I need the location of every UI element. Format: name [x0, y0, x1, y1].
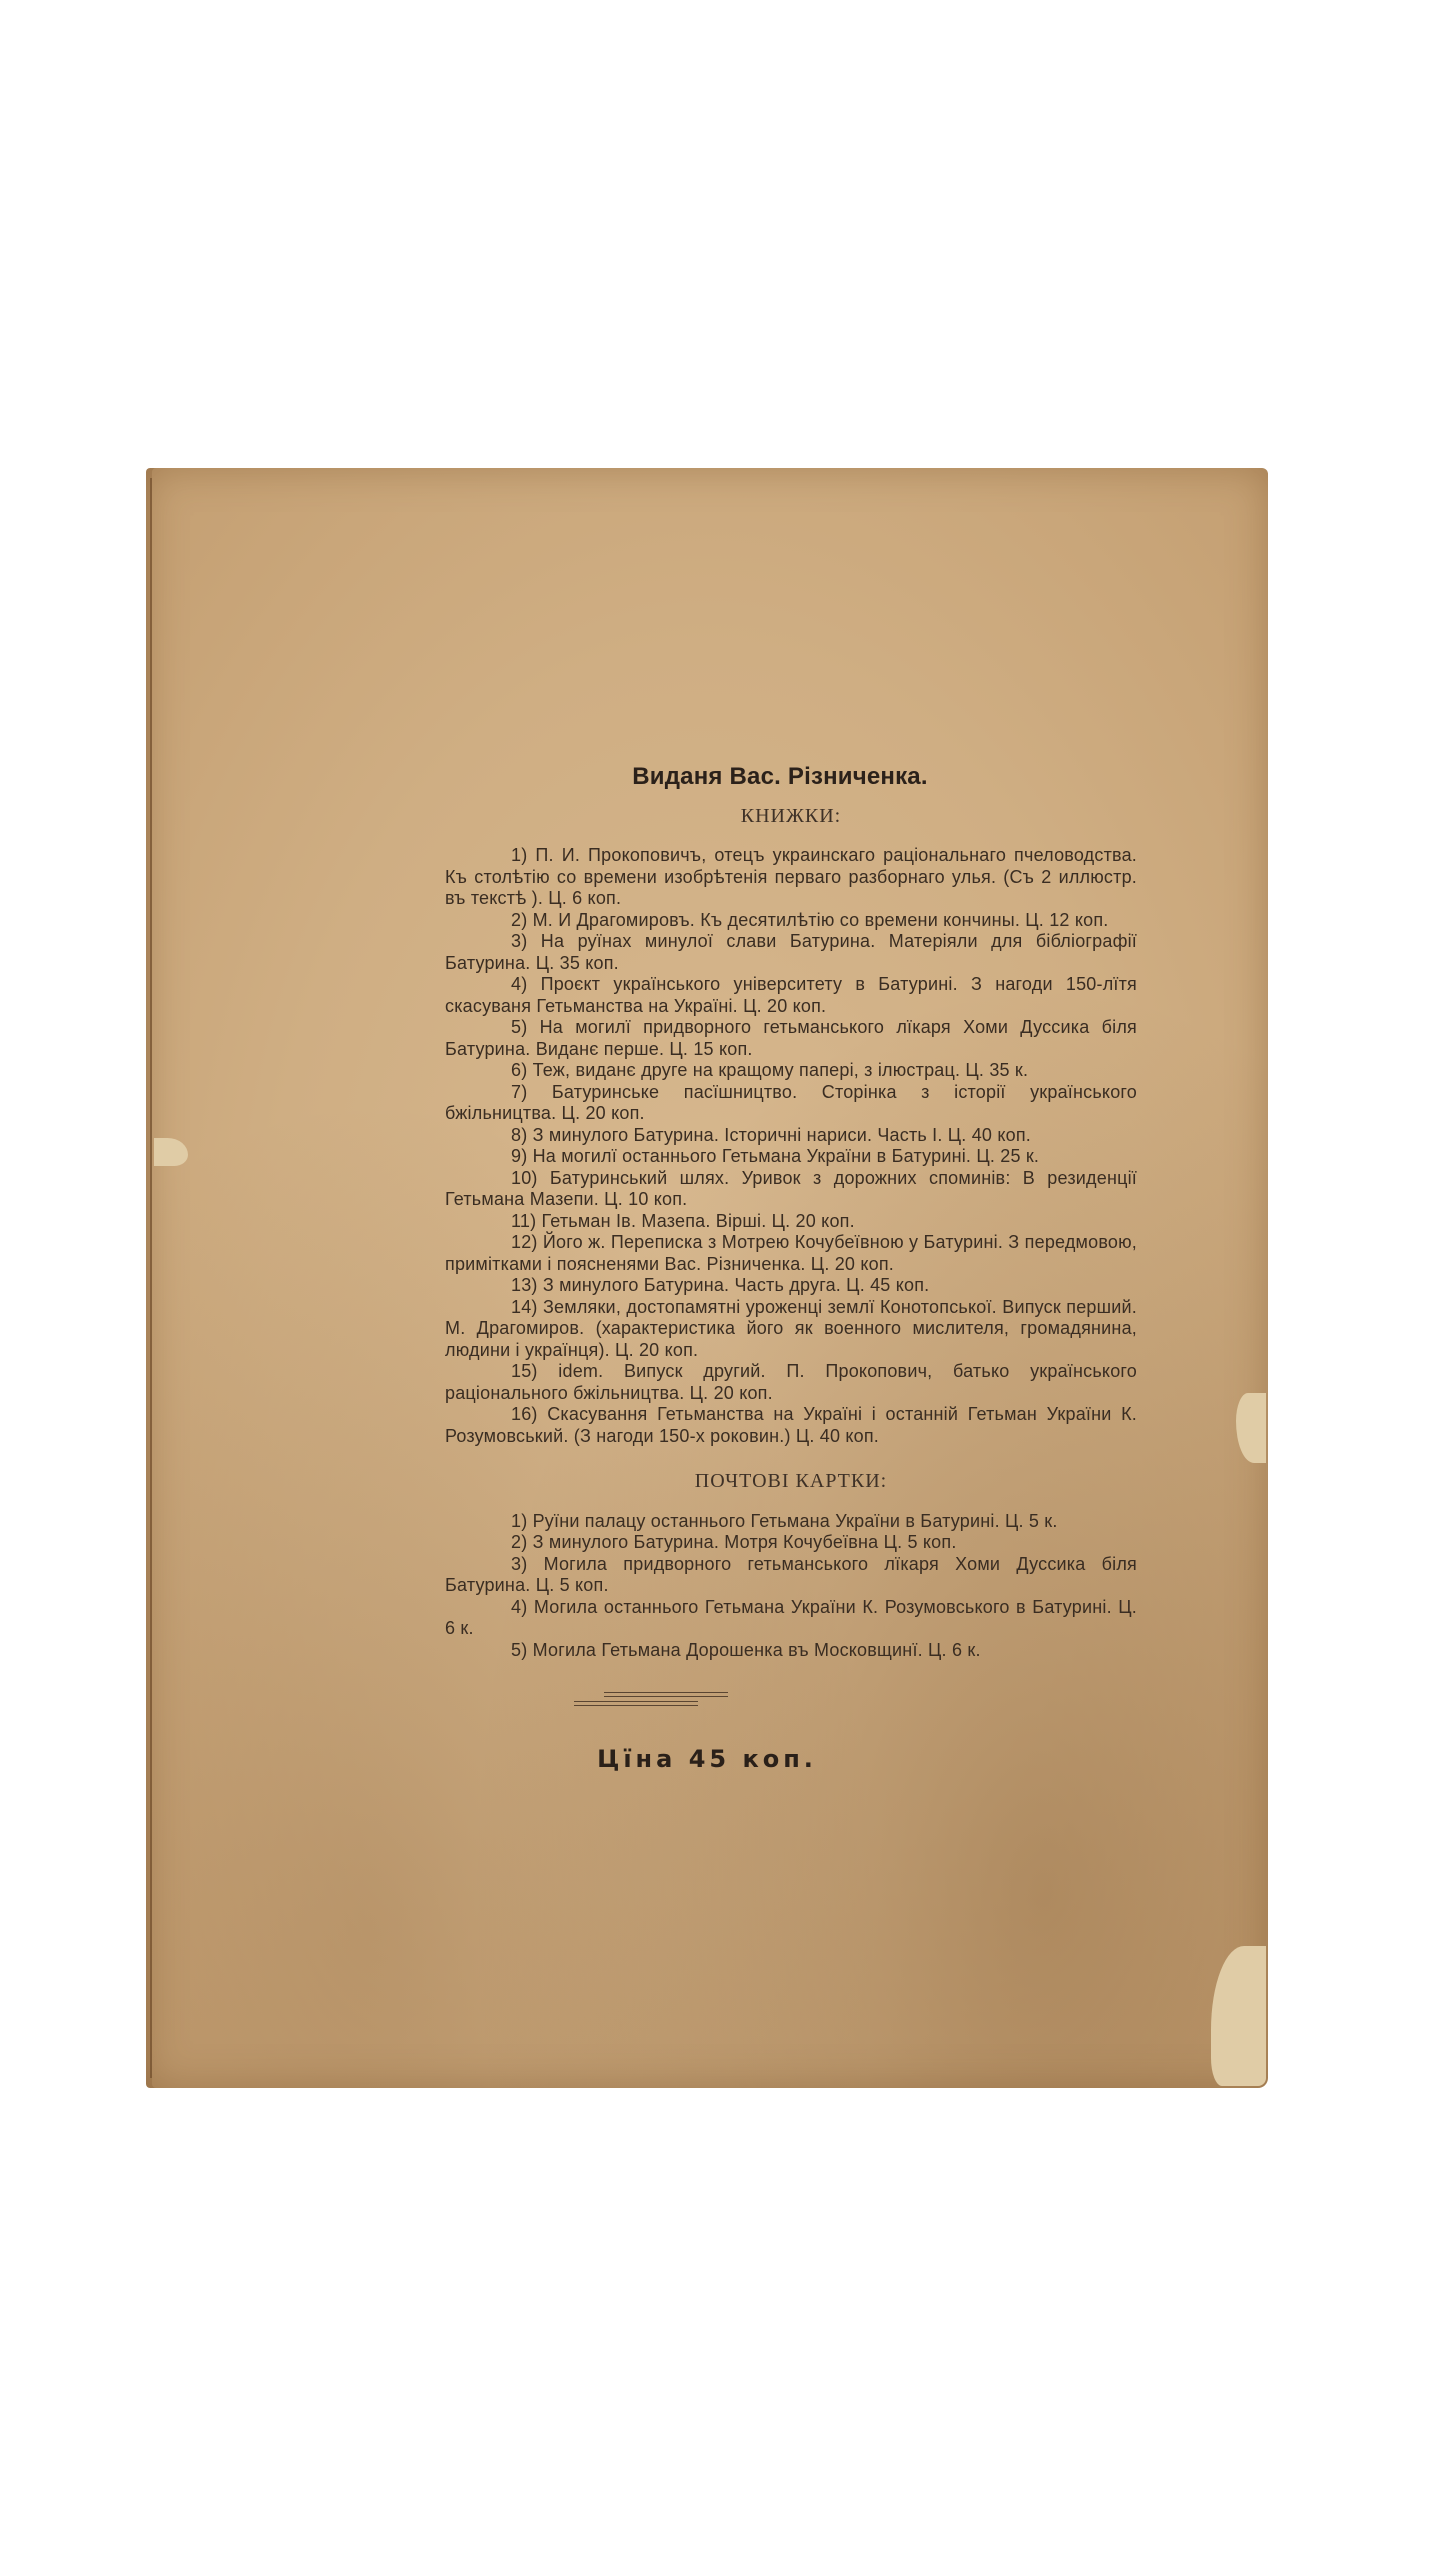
- list-item: 11) Гетьман Ів. Мазепа. Вірші. Ц. 20 коп…: [445, 1211, 1137, 1233]
- list-item: 4) Могила останнього Гетьмана України К.…: [445, 1597, 1137, 1640]
- paper-damage-left: [154, 1138, 188, 1166]
- list-item: 7) Батуринське пасїшництво. Сторінка з і…: [445, 1082, 1137, 1125]
- list-item: 5) На могилї придворного гетьманського л…: [445, 1017, 1137, 1060]
- list-item: 12) Його ж. Переписка з Мотрею Кочубеївн…: [445, 1232, 1137, 1275]
- books-list: 1) П. И. Прокоповичъ, отецъ украинскаго …: [445, 845, 1137, 1447]
- list-item: 2) М. И Драгомировъ. Къ десятилѣтію со в…: [445, 910, 1137, 932]
- list-item: 15) idem. Випуск другий. П. Прокопович, …: [445, 1361, 1137, 1404]
- list-item: 5) Могила Гетьмана Дорошенка въ Московщи…: [445, 1640, 1137, 1662]
- divider-rule-top: [604, 1692, 728, 1697]
- list-item: 6) Теж, виданє друге на кращому папері, …: [445, 1060, 1137, 1082]
- list-item: 14) Земляки, достопамятні уроженці землї…: [445, 1297, 1137, 1362]
- list-item: 16) Скасування Гетьманства на Україні і …: [445, 1404, 1137, 1447]
- list-item: 10) Батуринський шлях. Уривок з дорожних…: [445, 1168, 1137, 1211]
- paper-damage-corner: [1211, 1946, 1266, 2086]
- price-label: Цїна 45 коп.: [146, 1745, 1268, 1773]
- list-item: 13) З минулого Батурина. Часть друга. Ц.…: [445, 1275, 1137, 1297]
- list-item: 2) З минулого Батурина. Мотря Кочубеївна…: [445, 1532, 1137, 1554]
- document-page: Виданя Вас. Різниченка. КНИЖКИ: 1) П. И.…: [146, 468, 1268, 2088]
- paper-damage-right: [1236, 1393, 1266, 1463]
- list-item: 1) Руїни палацу останнього Гетьмана Укра…: [445, 1511, 1137, 1533]
- list-item: 3) Могила придворного гетьманського лїка…: [445, 1554, 1137, 1597]
- list-item: 3) На руїнах минулої слави Батурина. Мат…: [445, 931, 1137, 974]
- postcards-heading: ПОЧТОВІ КАРТКИ:: [445, 1471, 1137, 1493]
- books-heading: КНИЖКИ:: [445, 806, 1137, 828]
- list-item: 9) На могилї останнього Гетьмана України…: [445, 1146, 1137, 1168]
- divider-rule-bottom: [574, 1701, 698, 1706]
- list-item: 4) Проєкт українського університету в Ба…: [445, 974, 1137, 1017]
- page-title: Виданя Вас. Різниченка.: [445, 766, 1137, 788]
- list-item: 1) П. И. Прокоповичъ, отецъ украинскаго …: [445, 845, 1137, 910]
- list-item: 8) З минулого Батурина. Історичні нариси…: [445, 1125, 1137, 1147]
- postcards-list: 1) Руїни палацу останнього Гетьмана Укра…: [445, 1511, 1137, 1662]
- text-column: Виданя Вас. Різниченка. КНИЖКИ: 1) П. И.…: [445, 766, 1137, 1661]
